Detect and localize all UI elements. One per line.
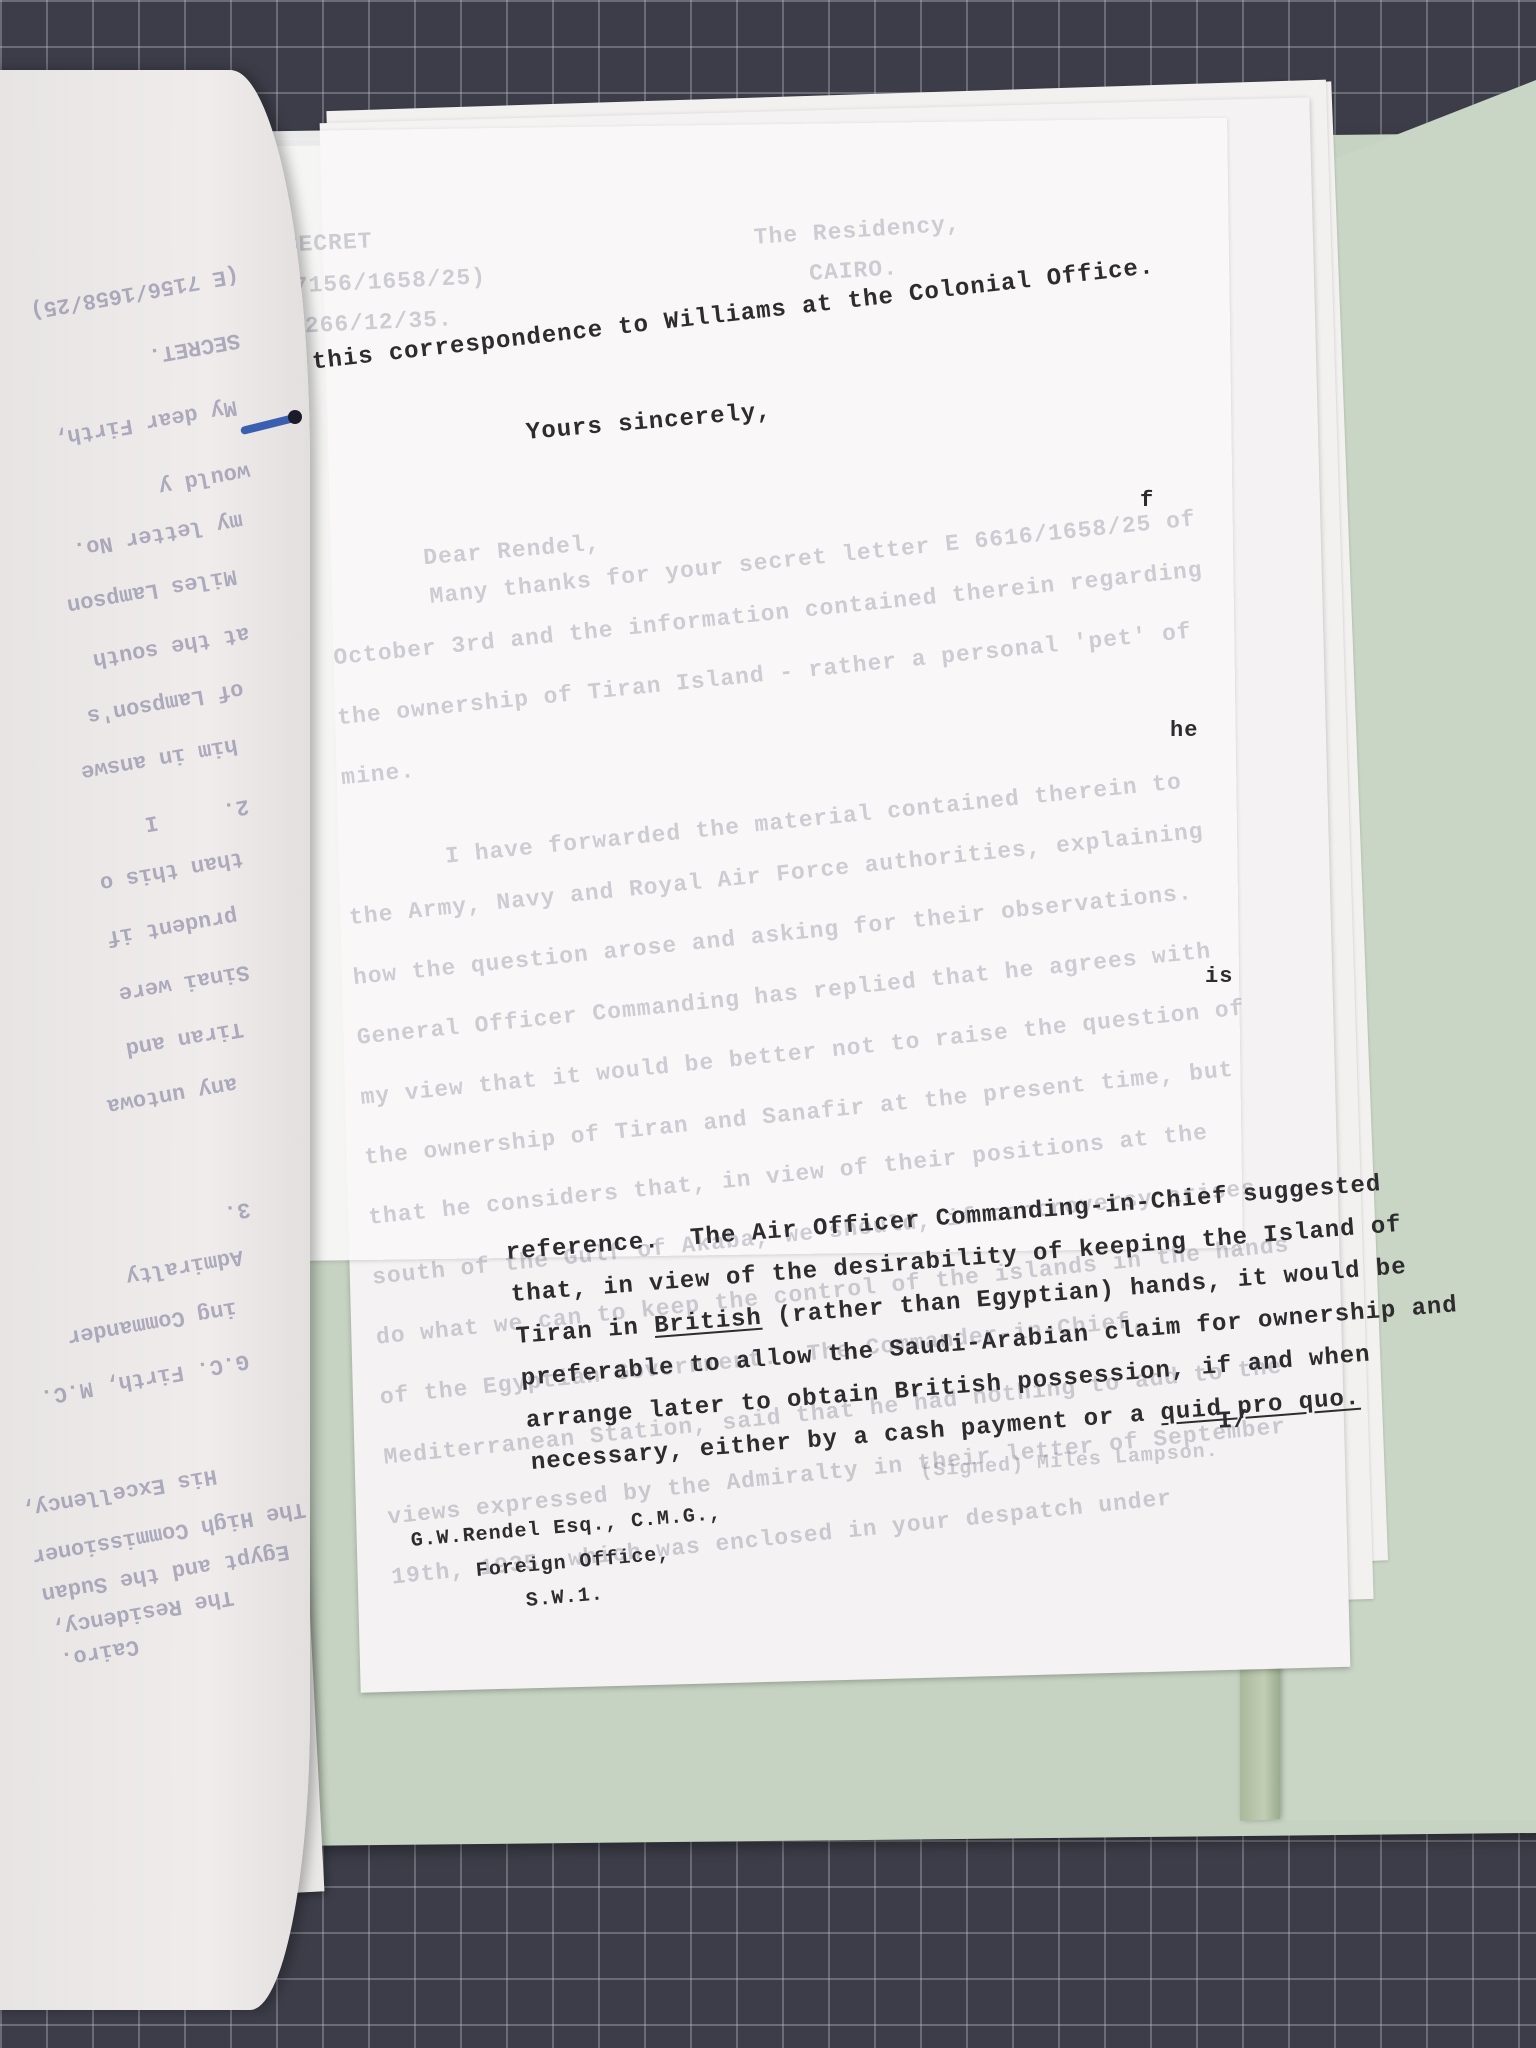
mirrored-text-line: would y	[156, 458, 251, 499]
mirrored-text-line: ing Commander	[65, 1295, 238, 1349]
mirrored-text-line: Admiralty	[124, 1244, 245, 1289]
margin-fragment: is	[1205, 964, 1233, 989]
mirrored-text-line: (E 7156/1658/25)	[28, 262, 240, 323]
overlay-address-line-2: CAIRO.	[808, 255, 898, 287]
mirrored-text-line: him in answe	[79, 732, 239, 784]
overlay-carbon-sheet: SECRET (E 7156/1658/25) 266/12/35. The R…	[197, 118, 1243, 1262]
mirrored-text-line: 3.	[222, 1196, 252, 1225]
margin-fragment: he	[1170, 718, 1198, 743]
binding-knot	[288, 410, 302, 424]
mirrored-text-line: 2. I	[143, 793, 251, 836]
overlay-salutation: Dear Rendel,	[422, 531, 601, 572]
mirrored-text-line: Miles Lampson	[65, 563, 238, 617]
mirrored-text-line: at the south	[91, 620, 251, 672]
margin-fragment: f	[1140, 488, 1154, 513]
continuation-mark: I/	[1217, 1407, 1249, 1436]
mirrored-text-line: than this o	[98, 846, 245, 896]
overlay-file-number: 266/12/35.	[304, 306, 453, 339]
mirrored-text-line: My dear Firth,	[52, 394, 238, 451]
mirrored-text-line: SECRET.	[146, 327, 241, 368]
mirrored-text-line: Tiran and	[124, 1016, 245, 1061]
overlay-text-line: mine.	[340, 758, 416, 791]
mirrored-text-line: prudent if	[105, 903, 239, 951]
left-page: (E 7156/1658/25)SECRET.My dear Firth,wou…	[0, 70, 310, 2010]
mirrored-text-line: Sinai were	[117, 959, 251, 1007]
mirrored-text-line: of Lampson's	[85, 676, 245, 728]
mirrored-text-line: G.C. Firth, M.C.	[38, 1348, 250, 1409]
overlay-address-line-1: The Residency,	[753, 211, 962, 251]
mirrored-text-line: any untowa	[105, 1071, 239, 1119]
mirrored-text-line: my letter No.	[71, 507, 244, 561]
